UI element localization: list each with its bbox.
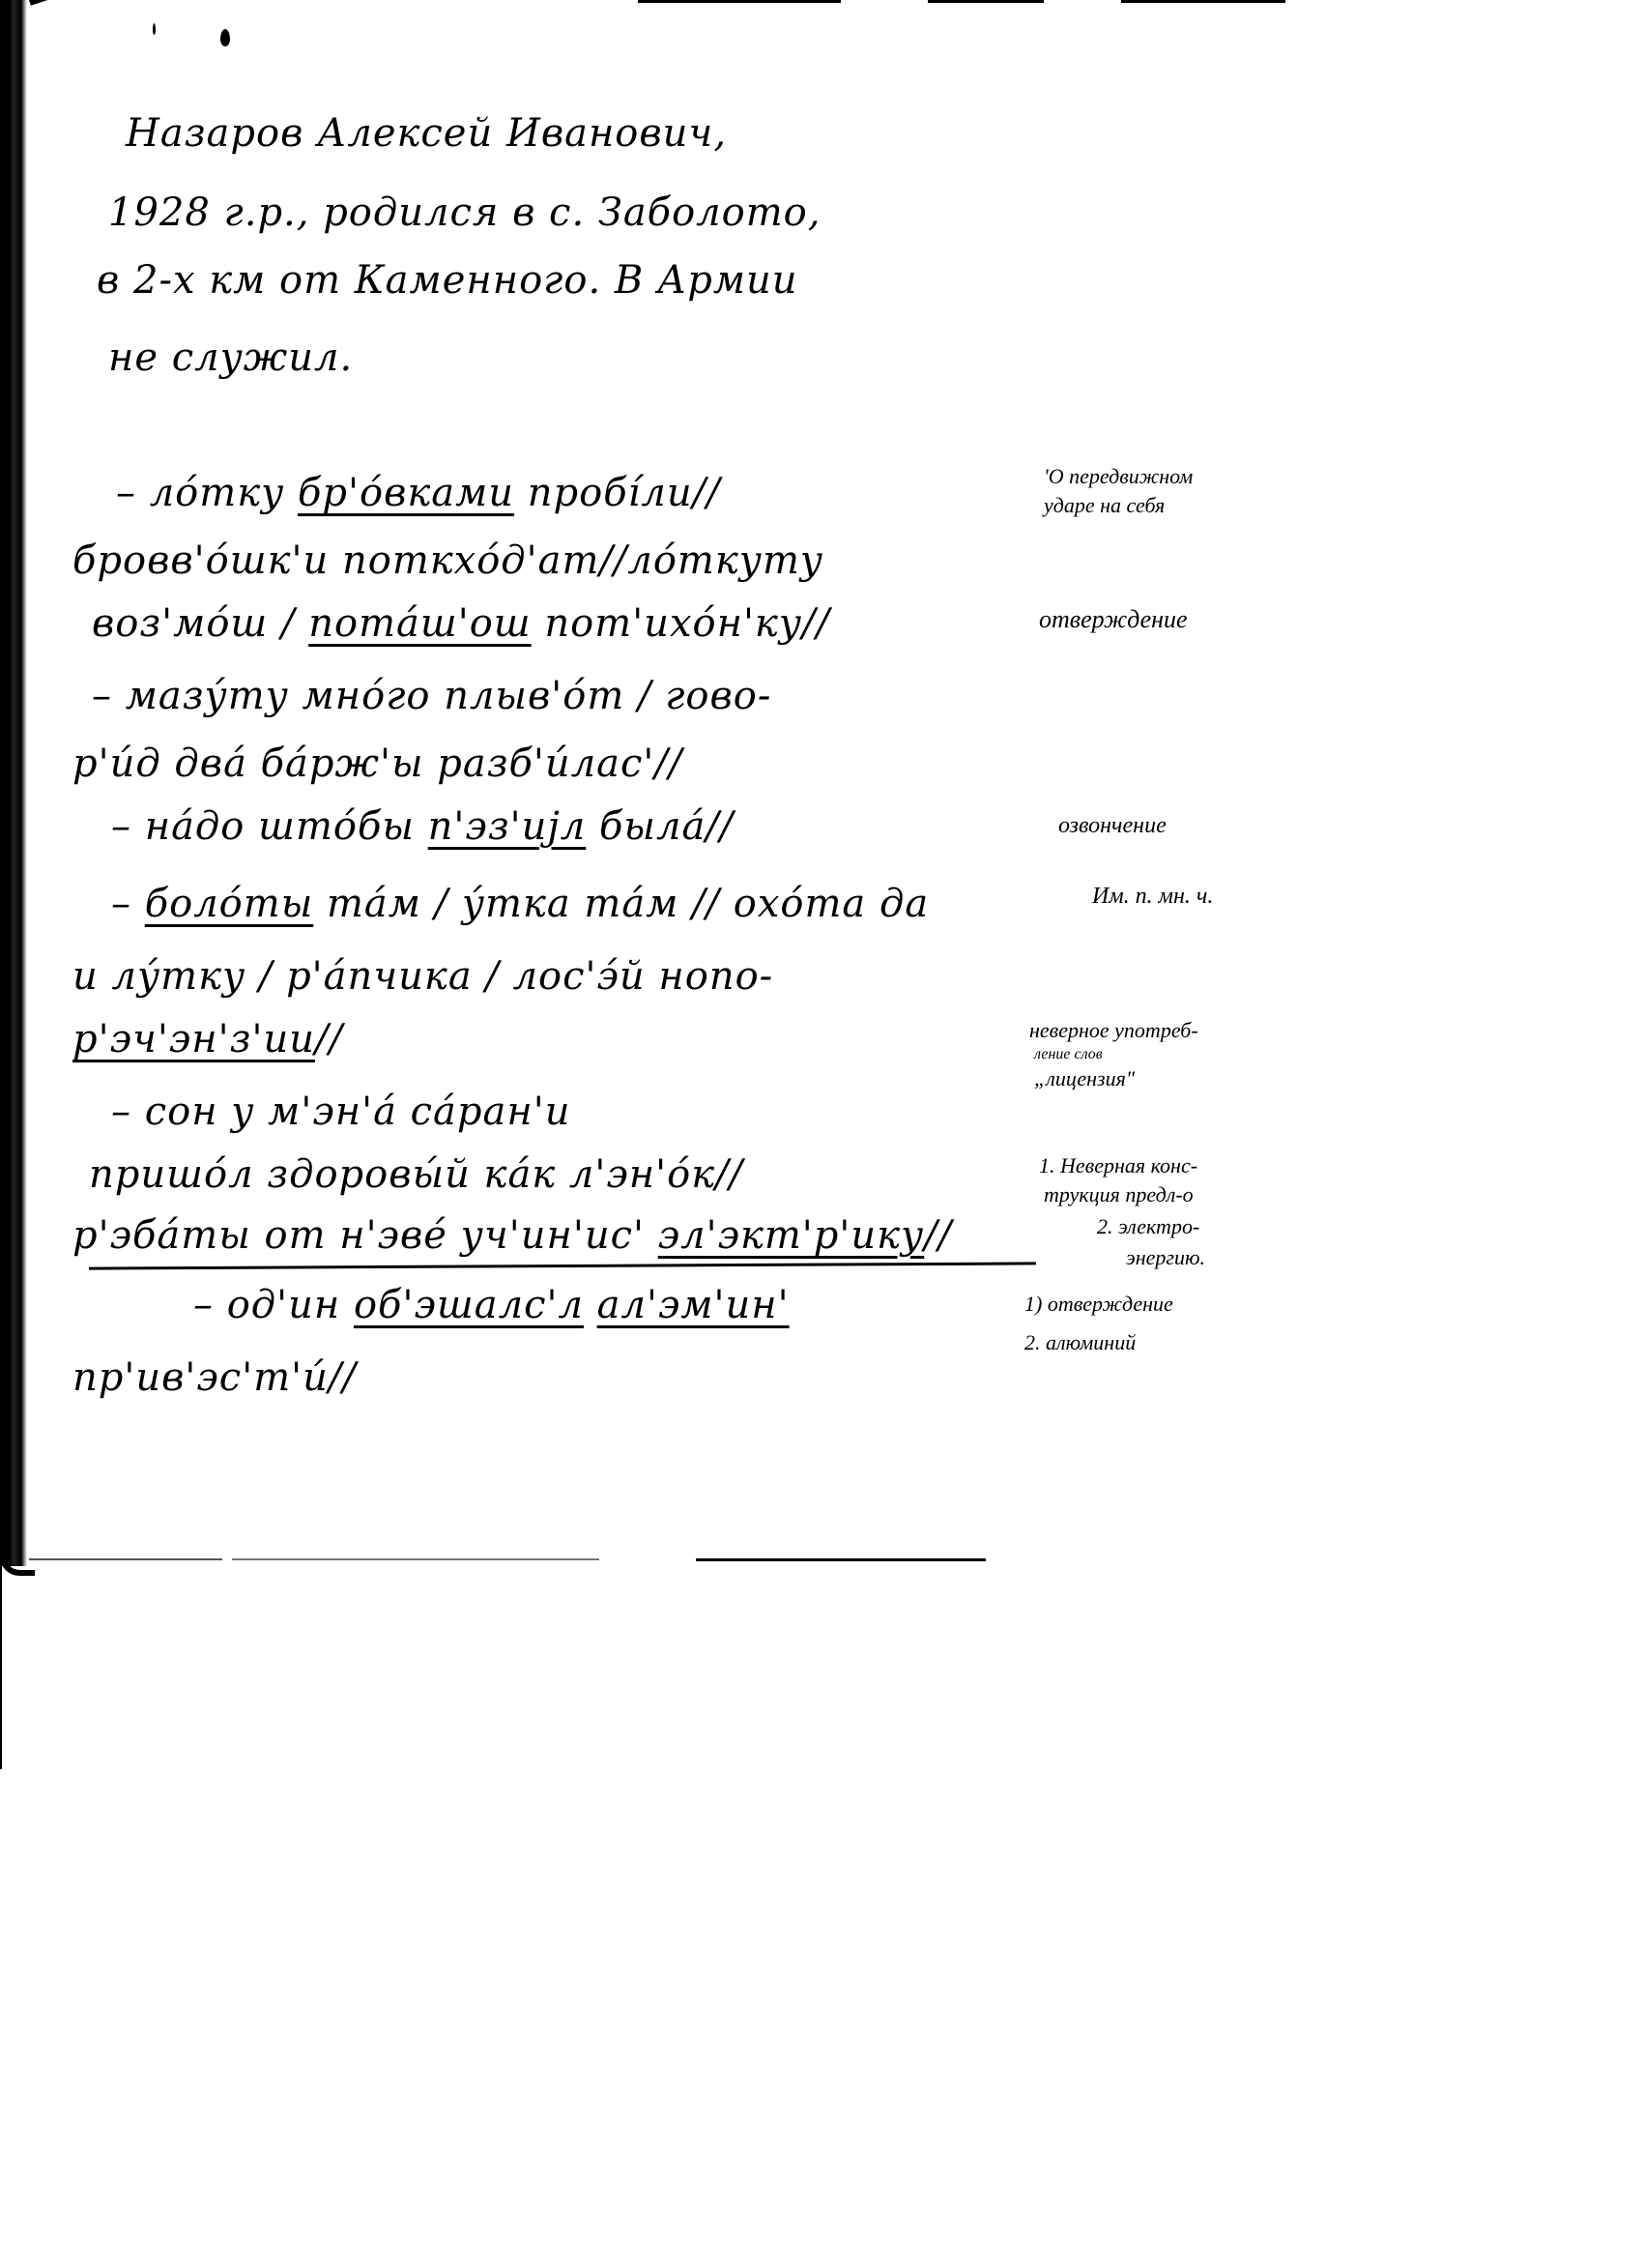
margin-note: Им. п. мн. ч.	[1092, 885, 1213, 908]
transcript-line: воз'мо́ш / пота́ш'ош пот'ихо́н'ку//	[92, 604, 830, 643]
transcript-line: р'эч'эн'з'ии//	[72, 1020, 343, 1059]
ink-blot	[220, 29, 230, 46]
scan-left-edge-thin	[0, 1566, 2, 1769]
transcript-line: – сон у м'эн'а́ са́ран'и	[111, 1092, 570, 1131]
underlined-word: пота́ш'ош	[308, 601, 531, 646]
underlined-word: р'эч'эн'з'ии	[72, 1017, 315, 1061]
scan-left-edge	[0, 0, 27, 1566]
line-text: – од'ин	[193, 1283, 354, 1327]
sentence-underline	[89, 1262, 1036, 1269]
underlined-word: эл'экт'р'ику	[658, 1213, 925, 1258]
scanned-page: Назаров Алексей Иванович, 1928 г.р., род…	[0, 0, 1643, 2268]
line-text: пришо́л здоровы́й ка́к л'эн'о́к//	[89, 1152, 743, 1197]
scan-top-edge	[1121, 0, 1285, 3]
transcript-line: и лу́тку / р'а́пчика / лос'э́й нопо-	[72, 957, 773, 996]
line-text: – мазу́ту мно́го плыв'о́т / гово-	[92, 674, 771, 718]
transcript-line: р'и́д два́ ба́рж'ы разб'и́лас'//	[72, 744, 682, 783]
transcript-line: – ло́тку бр'о́вками пробі́ли//	[116, 474, 721, 512]
scan-bottom-rule	[232, 1558, 599, 1560]
margin-note: 2. алюминий	[1024, 1332, 1136, 1353]
transcript-line: – на́до што́бы п'эз'ијл была́//	[111, 807, 734, 846]
margin-note: ударе на себя	[1044, 495, 1165, 516]
underlined-word: ал'эм'ин'	[597, 1283, 790, 1327]
transcript-line: бровв'о́шк'и поткхо́д'ат//ло́ткуту	[72, 541, 823, 580]
header-line: 1928 г.р., родился в с. Заболото,	[108, 193, 821, 232]
header-line: в 2-х км от Каменного. В Армии	[97, 261, 798, 300]
transcript-line: – мазу́ту мно́го плыв'о́т / гово-	[92, 677, 771, 715]
transcript-line: – боло́ты та́м / у́тка та́м // охо́та да	[111, 885, 929, 923]
line-text	[584, 1283, 597, 1327]
underlined-word: боло́ты	[145, 882, 314, 926]
line-text: р'эба́ты от н'эве́ уч'ин'ис'	[72, 1213, 658, 1258]
line-text: //	[924, 1213, 952, 1258]
margin-note: неверное употреб-	[1029, 1020, 1198, 1041]
line-text: пр'ив'эс'т'и́//	[72, 1355, 357, 1400]
line-text: пробі́ли//	[514, 471, 721, 515]
margin-note: трукция предл-о	[1044, 1184, 1194, 1206]
margin-note: 1) отверждение	[1024, 1294, 1173, 1315]
line-text: бровв'о́шк'и поткхо́д'ат//ло́ткуту	[72, 538, 823, 583]
margin-note: 1. Неверная конс-	[1039, 1155, 1197, 1177]
underlined-word: бр'о́вками	[298, 471, 514, 515]
line-text: та́м / у́тка та́м // охо́та да	[313, 882, 929, 926]
margin-note: ление слов	[1034, 1047, 1103, 1062]
line-text: воз'мо́ш /	[92, 601, 308, 646]
margin-note: отверждение	[1039, 607, 1188, 632]
line-text: была́//	[586, 804, 734, 849]
scan-corner-curl	[0, 1547, 35, 1576]
line-text: – сон у м'эн'а́ са́ран'и	[111, 1090, 570, 1134]
margin-note: 2. электро-	[1097, 1216, 1199, 1237]
margin-note: 'О передвижном	[1044, 466, 1193, 487]
line-text: пот'ихо́н'ку//	[532, 601, 830, 646]
scan-bottom-rule	[29, 1558, 222, 1560]
margin-note: энергию.	[1126, 1247, 1205, 1268]
header-line: не служил.	[108, 338, 353, 377]
scan-bottom-rule	[696, 1558, 986, 1561]
transcript-line: пришо́л здоровы́й ка́к л'эн'о́к//	[89, 1155, 743, 1194]
line-text: –	[111, 882, 145, 926]
margin-note: озвончение	[1058, 814, 1167, 837]
transcript-line: пр'ив'эс'т'и́//	[72, 1358, 357, 1397]
header-line: Назаров Алексей Иванович,	[126, 114, 727, 153]
transcript-line: р'эба́ты от н'эве́ уч'ин'ис' эл'экт'р'ик…	[72, 1216, 952, 1255]
line-text: – ло́тку	[116, 471, 298, 515]
line-text: – на́до што́бы	[111, 804, 428, 849]
ink-speck	[153, 23, 156, 35]
scan-top-fold	[29, 0, 73, 24]
scan-top-edge	[928, 0, 1044, 3]
line-text: р'и́д два́ ба́рж'ы разб'и́лас'//	[72, 741, 682, 786]
line-text: //	[315, 1017, 343, 1061]
transcript-line: – од'ин об'эшалс'л ал'эм'ин'	[193, 1286, 790, 1324]
margin-note: „лицензия"	[1034, 1068, 1135, 1090]
underlined-word: об'эшалс'л	[354, 1283, 584, 1327]
underlined-word: п'эз'ијл	[428, 804, 587, 849]
scan-top-edge	[638, 0, 841, 3]
line-text: и лу́тку / р'а́пчика / лос'э́й нопо-	[72, 954, 773, 999]
